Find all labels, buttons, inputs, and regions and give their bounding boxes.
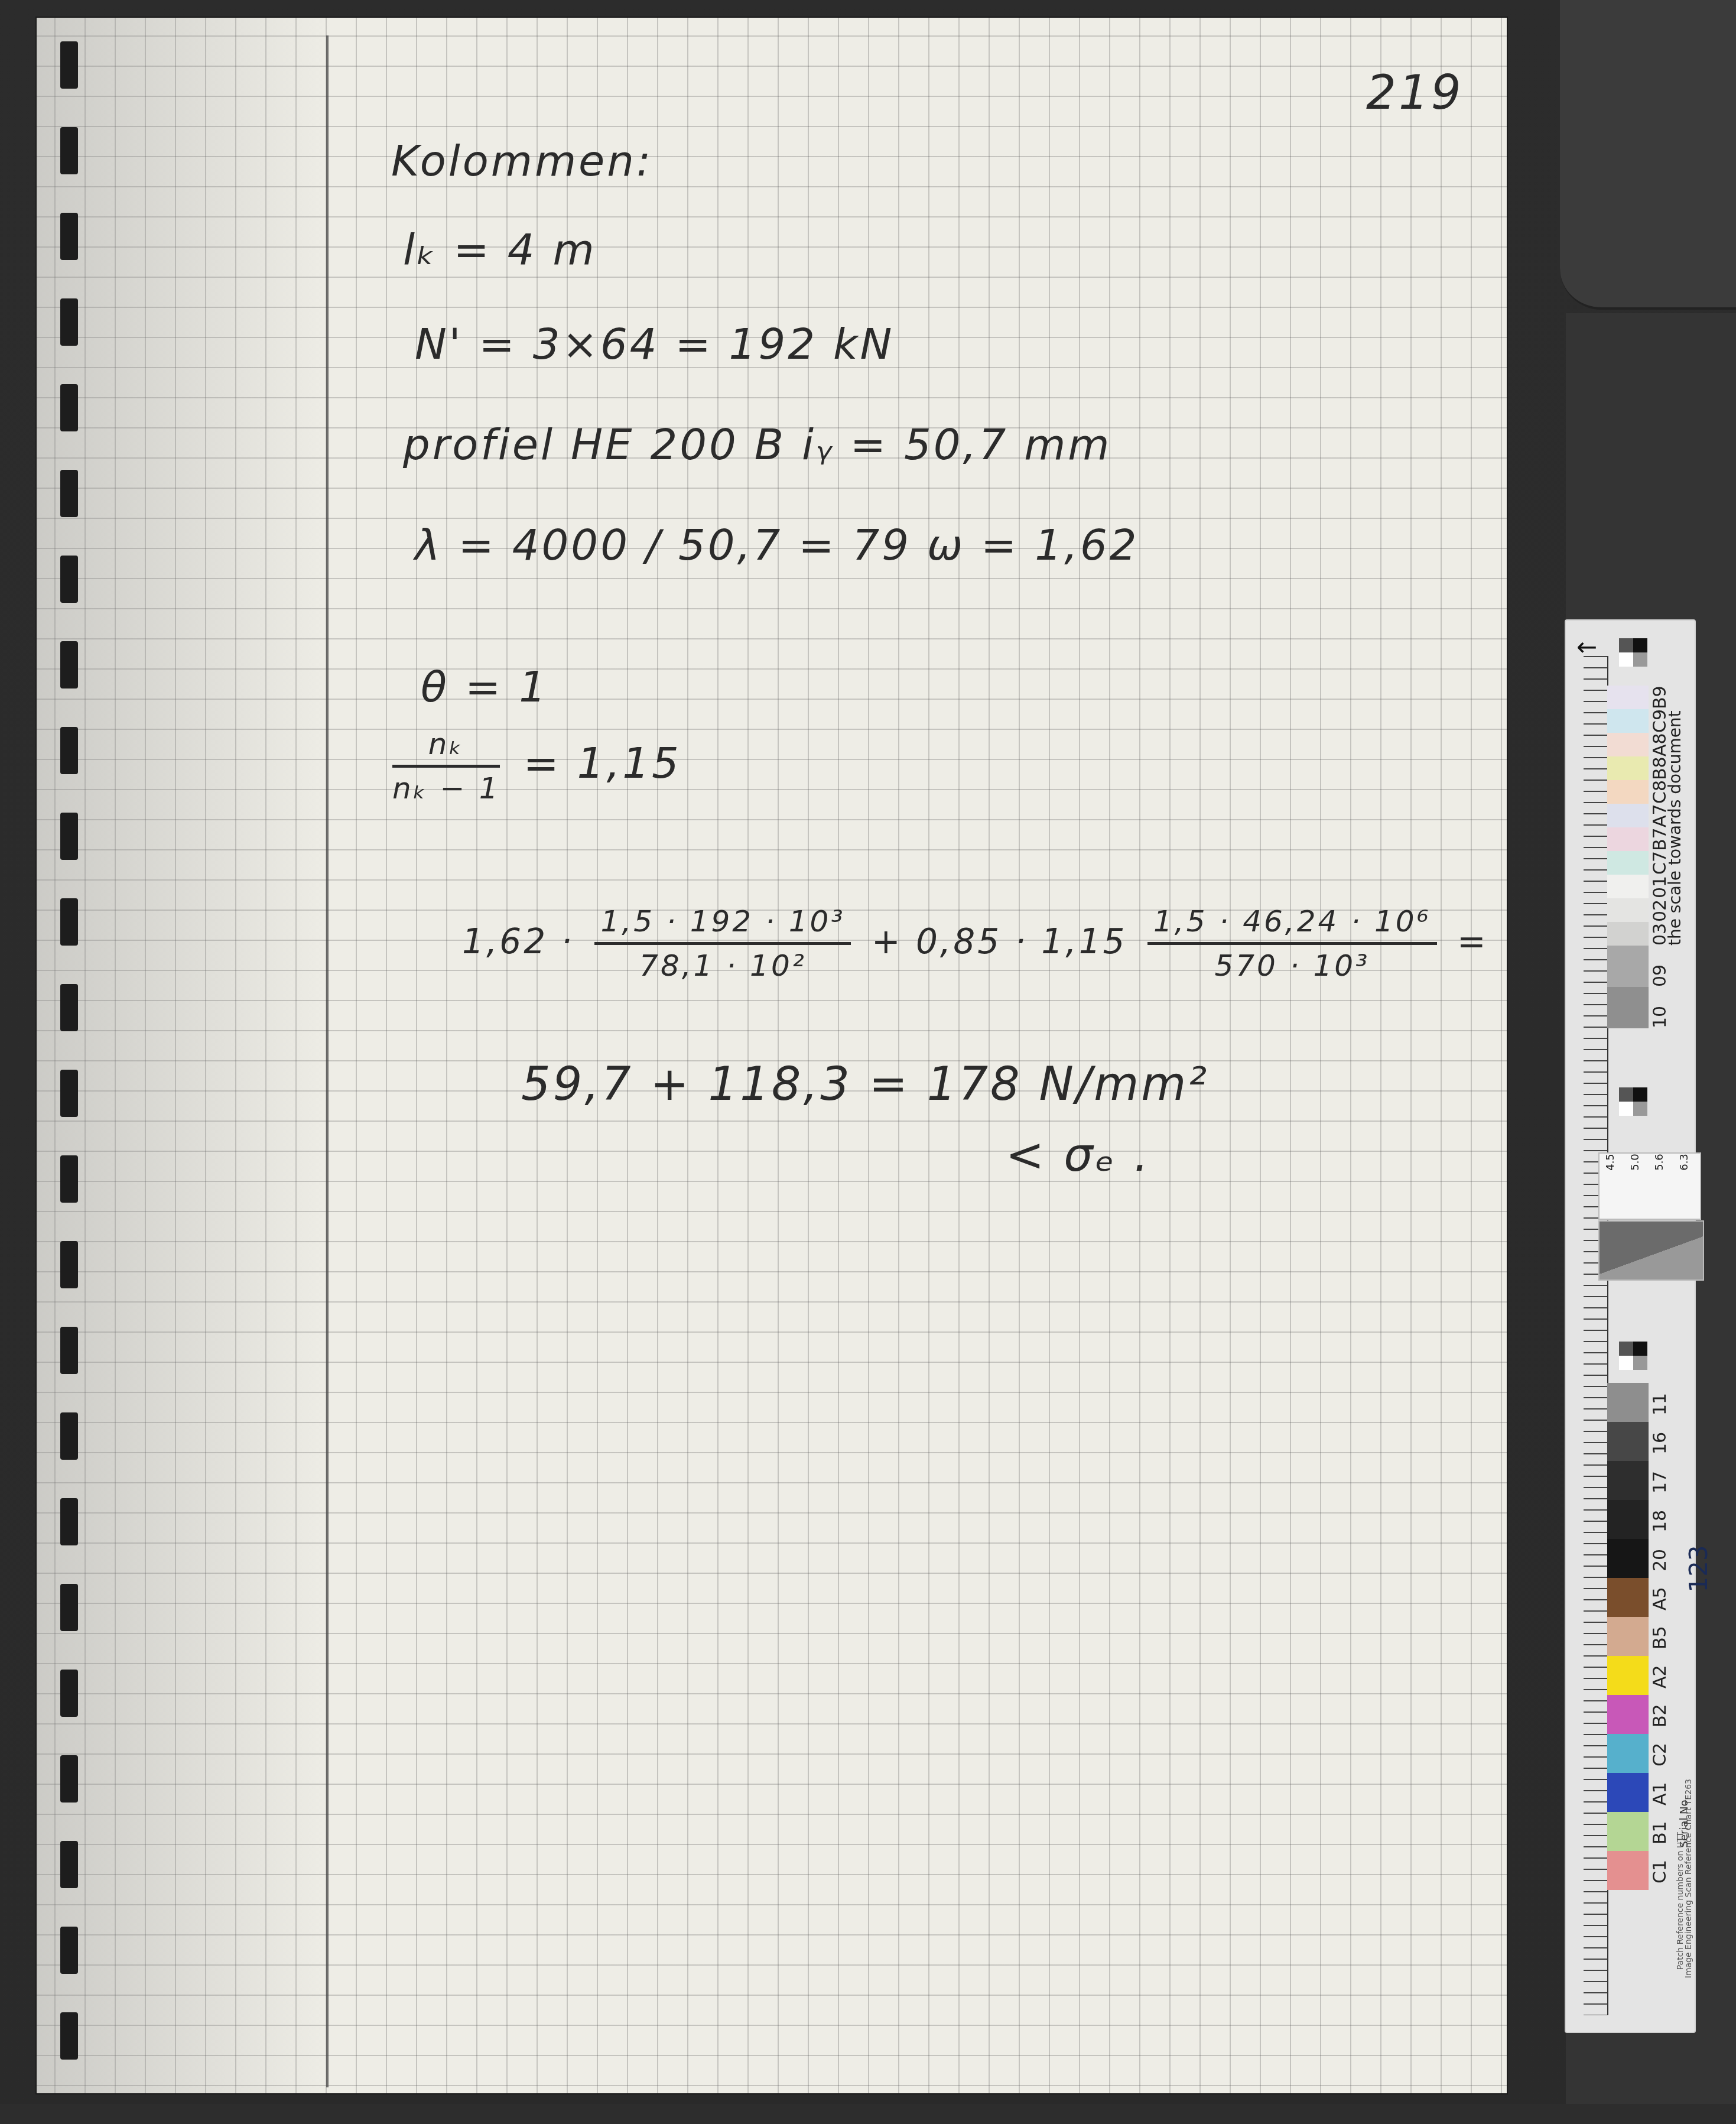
resolution-label: 5.0: [1629, 1154, 1641, 1171]
punch-hole: [60, 298, 78, 346]
mm-ruler: [1584, 656, 1608, 2015]
punch-hole: [60, 127, 78, 174]
ratio-result: = 1,15: [523, 738, 681, 788]
theta-line: θ = 1: [421, 662, 548, 712]
ratio-numerator: nₖ: [392, 727, 500, 768]
patch-16: [1607, 1422, 1649, 1461]
patch-17: [1607, 1461, 1649, 1500]
patch-c7: [1607, 851, 1649, 875]
chart-name: Image Engineering Scan Reference Chart T…: [1684, 1779, 1693, 1978]
patch-label: A2: [1650, 1665, 1670, 1688]
patch-label: 17: [1650, 1470, 1670, 1493]
patch-01: [1607, 875, 1649, 898]
patch-label: B9: [1650, 686, 1670, 709]
conclusion-line: < σₑ .: [1006, 1129, 1151, 1182]
patch-c1: [1607, 1851, 1649, 1890]
punch-hole: [60, 1241, 78, 1288]
patch-label: C9: [1650, 709, 1670, 733]
ratio-denominator: nₖ − 1: [392, 768, 500, 806]
term2-numerator: 1,5 · 46,24 · 10⁶: [1147, 904, 1437, 945]
patch-label: B8: [1650, 756, 1670, 780]
equals-sign: =: [1457, 921, 1488, 962]
slenderness-line: λ = 4000 / 50,7 = 79 ω = 1,62: [415, 520, 1139, 570]
patch-label: B5: [1650, 1626, 1670, 1649]
punch-hole: [60, 556, 78, 603]
term1-fraction: 1,5 · 192 · 10³ 78,1 · 10²: [594, 904, 851, 983]
stress-check-equation: 1,62 · 1,5 · 192 · 10³ 78,1 · 10² + 0,85…: [462, 904, 1488, 983]
binder-bottom-edge: [0, 2104, 1736, 2124]
margin-line: [326, 35, 329, 2087]
term2-denominator: 570 · 10³: [1147, 945, 1437, 983]
gray-quad-target: [1619, 638, 1647, 667]
patch-label: A7: [1650, 804, 1670, 827]
resolution-label: 5.6: [1653, 1154, 1666, 1171]
punch-hole: [60, 1498, 78, 1545]
patch-a1: [1607, 1773, 1649, 1812]
term2-factor: 0,85 · 1,15: [916, 921, 1127, 962]
punch-hole: [60, 1755, 78, 1803]
punch-hole: [60, 1841, 78, 1888]
buckling-length-line: lₖ = 4 m: [403, 225, 597, 274]
gray-quad-target: [1619, 1342, 1647, 1370]
graph-paper-page: 219 Kolommen: lₖ = 4 m N' = 3×64 = 192 k…: [37, 18, 1507, 2093]
patch-b2: [1607, 1695, 1649, 1734]
term1-denominator: 78,1 · 10²: [594, 945, 851, 983]
punch-hole: [60, 1155, 78, 1203]
resolution-label: 4.5: [1604, 1154, 1617, 1171]
punch-hole: [60, 41, 78, 89]
patch-b1: [1607, 1812, 1649, 1851]
punch-hole: [60, 1670, 78, 1717]
punch-hole: [60, 641, 78, 688]
punch-hole: [60, 1412, 78, 1460]
patch-label: 10: [1650, 1005, 1670, 1028]
punch-holes: [60, 24, 84, 2092]
patch-02: [1607, 898, 1649, 922]
patch-b8: [1607, 756, 1649, 780]
patch-11: [1607, 1383, 1649, 1422]
patch-label: C7: [1650, 851, 1670, 875]
gray-card: [1598, 1220, 1704, 1281]
heading-kolommen: Kolommen:: [391, 136, 653, 186]
patch-label: C8: [1650, 780, 1670, 804]
punch-hole: [60, 384, 78, 431]
patch-label: C1: [1650, 1860, 1670, 1883]
term2-fraction: 1,5 · 46,24 · 10⁶ 570 · 10³: [1147, 904, 1437, 983]
punch-hole: [60, 1327, 78, 1374]
punch-hole: [60, 1927, 78, 1974]
plus-sign: +: [872, 921, 903, 962]
patch-label: 02: [1650, 898, 1670, 922]
patch-label: 01: [1650, 875, 1670, 898]
serial-number-handwritten: 123: [1684, 1545, 1713, 1592]
patch-a8: [1607, 733, 1649, 756]
patch-03: [1607, 922, 1649, 946]
patch-label: 11: [1650, 1392, 1670, 1415]
patch-18: [1607, 1500, 1649, 1539]
patch-label: B7: [1650, 827, 1670, 851]
patch-a7: [1607, 804, 1649, 827]
patch-c9: [1607, 709, 1649, 733]
patch-09: [1607, 946, 1649, 987]
binder-flap: [1560, 0, 1736, 310]
term1-numerator: 1,5 · 192 · 10³: [594, 904, 851, 945]
profile-line: profiel HE 200 B iᵧ = 50,7 mm: [403, 420, 1111, 469]
patch-a2: [1607, 1656, 1649, 1695]
patch-b9: [1607, 686, 1649, 709]
patch-b5: [1607, 1617, 1649, 1656]
patch-label: A5: [1650, 1587, 1670, 1610]
ratio-fraction: nₖ nₖ − 1: [392, 727, 500, 806]
patch-label: B1: [1650, 1821, 1670, 1844]
punch-hole: [60, 813, 78, 860]
color-reference-scale: ← the scale towards document B9 C9 A8 B8…: [1565, 619, 1696, 2033]
patch-label: 18: [1650, 1509, 1670, 1532]
patch-label: C2: [1650, 1743, 1670, 1766]
patch-label: A1: [1650, 1782, 1670, 1805]
result-line: 59,7 + 118,3 = 178 N/mm²: [521, 1058, 1209, 1111]
patch-b7: [1607, 827, 1649, 851]
punch-hole: [60, 213, 78, 260]
patch-c8: [1607, 780, 1649, 804]
punch-hole: [60, 1584, 78, 1631]
patch-a5: [1607, 1578, 1649, 1617]
patch-label: 20: [1650, 1548, 1670, 1571]
patch-label: B2: [1650, 1704, 1670, 1727]
patch-10: [1607, 987, 1649, 1028]
punch-hole: [60, 470, 78, 517]
resolution-target: 4.5 5.0 5.6 6.3: [1598, 1152, 1701, 1220]
patch-label: 03: [1650, 922, 1670, 946]
axial-force-line: N' = 3×64 = 192 kN: [415, 319, 894, 369]
patch-20: [1607, 1539, 1649, 1578]
gray-quad-target: [1619, 1087, 1647, 1116]
resolution-label: 6.3: [1678, 1154, 1691, 1171]
patch-label: 16: [1650, 1431, 1670, 1454]
punch-hole: [60, 727, 78, 774]
page-number: 219: [1366, 65, 1464, 120]
punch-hole: [60, 2012, 78, 2060]
patch-label: A8: [1650, 733, 1670, 756]
patch-label: 09: [1650, 963, 1670, 987]
punch-hole: [60, 1070, 78, 1117]
amplification-ratio: nₖ nₖ − 1 = 1,15: [385, 727, 681, 806]
punch-hole: [60, 898, 78, 946]
term1-factor: 1,62 ·: [462, 921, 574, 962]
punch-hole: [60, 984, 78, 1031]
patch-c2: [1607, 1734, 1649, 1773]
